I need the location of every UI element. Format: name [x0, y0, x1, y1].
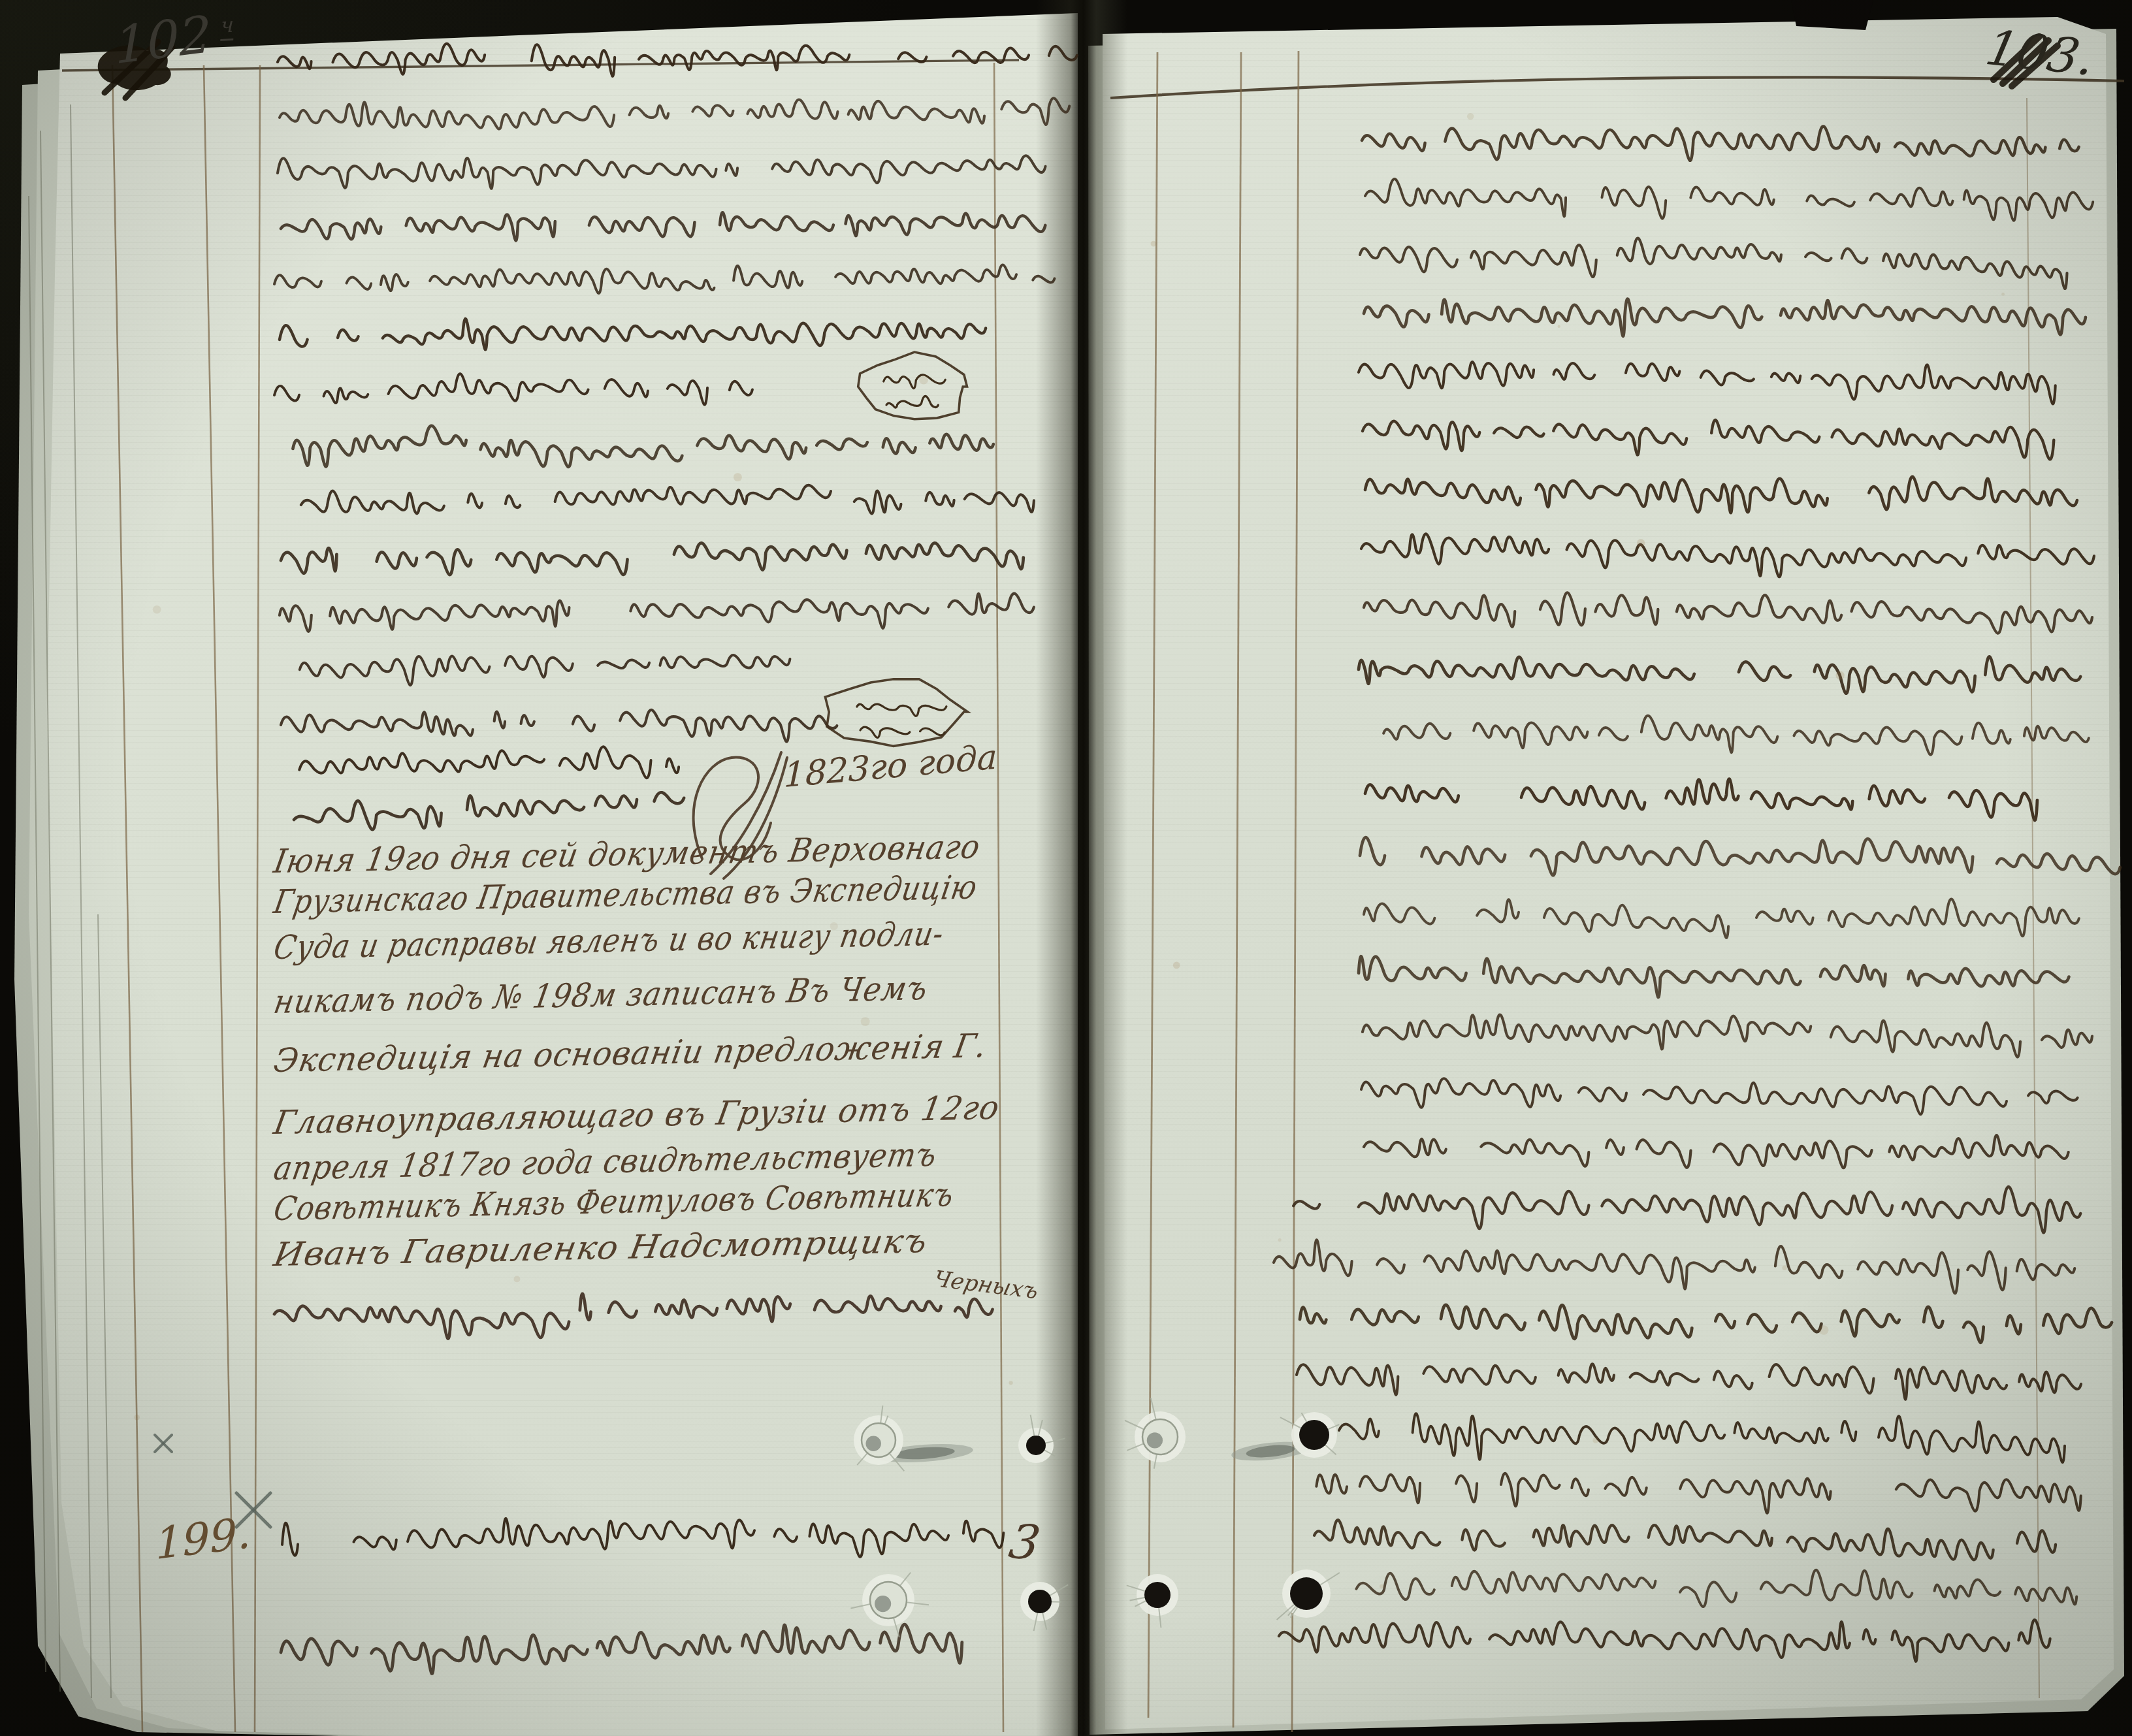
manuscript-scan: 102 ч 103. 199. 3 1823го года Черныхъ Ію… [0, 0, 2132, 1736]
left-page-number-superscript: ч [220, 12, 234, 42]
left-page-number: 102 [114, 5, 212, 76]
right-page-number: 103. [1981, 20, 2100, 87]
